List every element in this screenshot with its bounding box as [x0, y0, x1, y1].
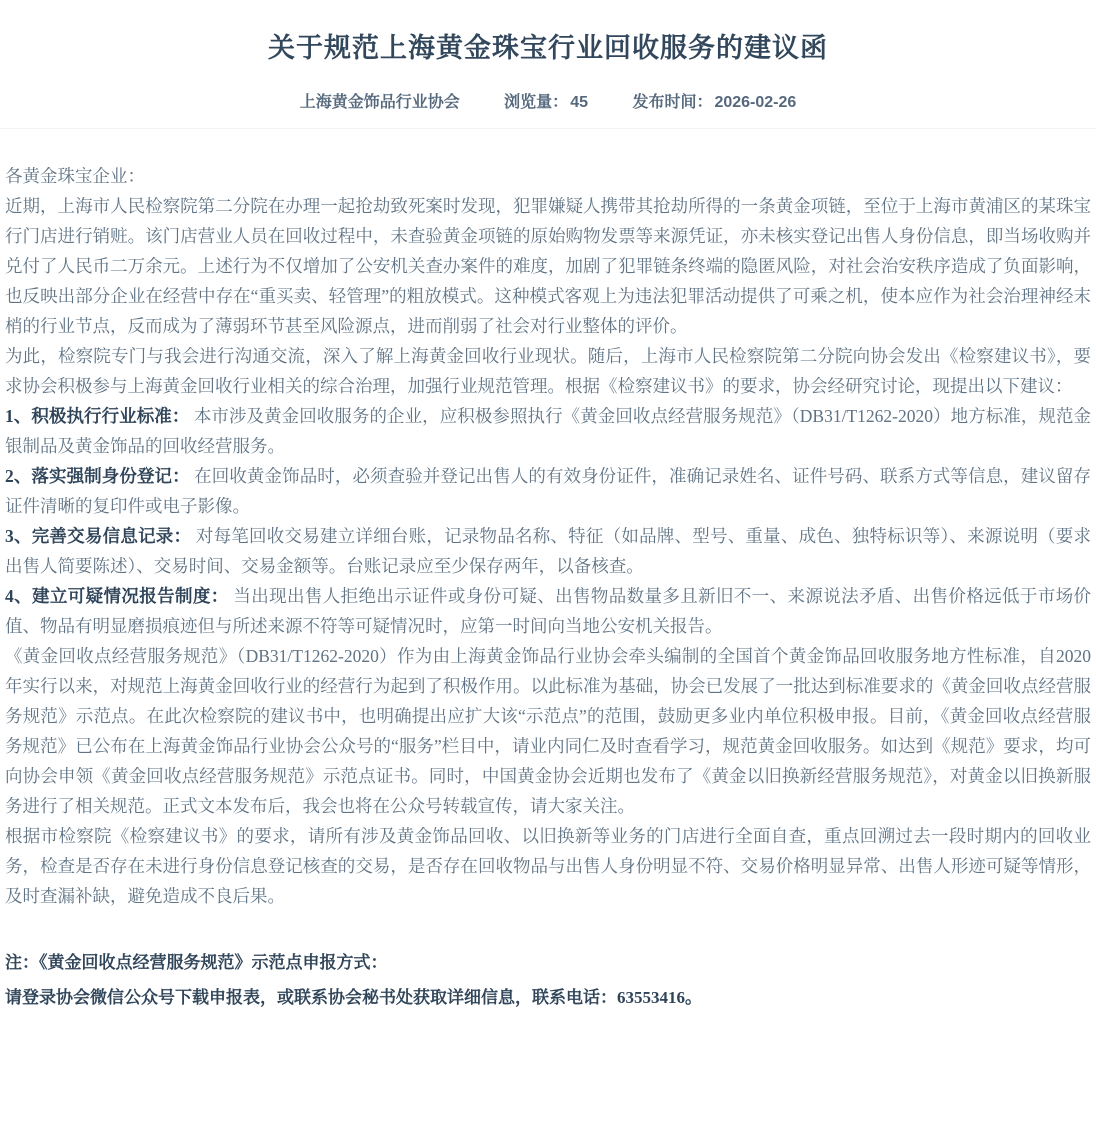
salutation: 各黄金珠宝企业：: [5, 161, 1091, 191]
suggestion-1-lead: 1、积极执行行业标准：: [5, 406, 194, 426]
note-contact: 请登录协会微信公众号下载申报表，或联系协会秘书处获取详细信息，联系电话：6355…: [5, 980, 1091, 1015]
meta-views-label: 浏览量：: [504, 94, 568, 111]
page-title: 关于规范上海黄金珠宝行业回收服务的建议函: [0, 26, 1096, 65]
suggestion-2-lead: 2、落实强制身份登记：: [5, 466, 194, 486]
meta-source: 上海黄金饰品行业协会: [300, 94, 460, 111]
article-header: 关于规范上海黄金珠宝行业回收服务的建议函 上海黄金饰品行业协会 浏览量：45 发…: [0, 0, 1096, 129]
note-block: 注：《黄金回收点经营服务规范》示范点申报方式： 请登录协会微信公众号下载申报表，…: [5, 945, 1091, 1015]
suggestion-item-4: 4、建立可疑情况报告制度：当出现出售人拒绝出示证件或身份可疑、出售物品数量多且新…: [5, 581, 1091, 641]
article-meta: 上海黄金饰品行业协会 浏览量：45 发布时间：2026-02-26: [0, 89, 1096, 112]
paragraph-background: 为此，检察院专门与我会进行沟通交流，深入了解上海黄金回收行业现状。随后，上海市人…: [5, 341, 1091, 401]
meta-publish-label: 发布时间：: [632, 94, 712, 111]
meta-views-value: 45: [570, 94, 588, 111]
meta-publish-value: 2026-02-26: [714, 94, 796, 111]
paragraph-standard-promotion: 《黄金回收点经营服务规范》（DB31/T1262-2020）作为由上海黄金饰品行…: [5, 641, 1091, 821]
meta-publish-time: 发布时间：2026-02-26: [632, 94, 796, 111]
suggestion-item-2: 2、落实强制身份登记：在回收黄金饰品时，必须查验并登记出售人的有效身份证件，准确…: [5, 461, 1091, 521]
meta-views: 浏览量：45: [504, 94, 588, 111]
suggestion-4-lead: 4、建立可疑情况报告制度：: [5, 586, 233, 606]
suggestion-3-lead: 3、完善交易信息记录：: [5, 526, 196, 546]
suggestion-item-3: 3、完善交易信息记录：对每笔回收交易建立详细台账，记录物品名称、特征（如品牌、型…: [5, 521, 1091, 581]
paragraph-self-check: 根据市检察院《检察建议书》的要求，请所有涉及黄金饰品回收、以旧换新等业务的门店进…: [5, 821, 1091, 911]
suggestion-item-1: 1、积极执行行业标准：本市涉及黄金回收服务的企业，应积极参照执行《黄金回收点经营…: [5, 401, 1091, 461]
paragraph-incident: 近期，上海市人民检察院第二分院在办理一起抢劫致死案时发现，犯罪嫌疑人携带其抢劫所…: [5, 191, 1091, 341]
note-title: 注：《黄金回收点经营服务规范》示范点申报方式：: [5, 945, 1091, 980]
article-body: 各黄金珠宝企业： 近期，上海市人民检察院第二分院在办理一起抢劫致死案时发现，犯罪…: [5, 161, 1091, 1015]
article-page: 关于规范上海黄金珠宝行业回收服务的建议函 上海黄金饰品行业协会 浏览量：45 发…: [0, 0, 1096, 1015]
